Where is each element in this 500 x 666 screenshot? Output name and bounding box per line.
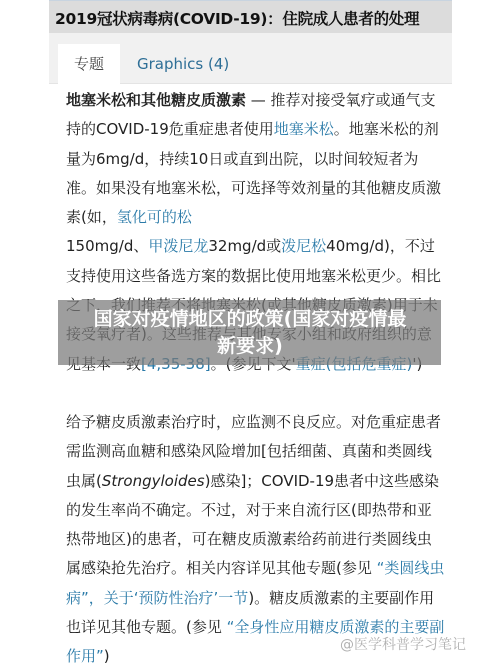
link-hydrocortisone[interactable]: 氢化可的松 — [117, 208, 192, 226]
link-prednisone[interactable]: 泼尼松 — [281, 237, 326, 255]
body-text: 150mg/d、 — [66, 237, 148, 255]
caption-line-1: 国家对疫情地区的政策(国家对疫情最 — [0, 306, 500, 333]
body-text: 32mg/d或 — [208, 237, 281, 255]
article-body: 地塞米松和其他糖皮质激素 — 推荐对接受氧疗或通气支持的COVID-19危重症患… — [66, 86, 446, 666]
caption-overlay-text: 国家对疫情地区的政策(国家对疫情最 新要求) — [0, 300, 500, 360]
watermark: @医学科普学习笔记 — [340, 634, 466, 654]
tab-graphics[interactable]: Graphics (4) — [137, 44, 229, 84]
page-title: 2019冠状病毒病(COVID-19)：住院成人患者的处理 — [55, 7, 419, 29]
tab-strip: 专题 Graphics (4) — [49, 33, 452, 84]
tab-topic[interactable]: 专题 — [58, 44, 120, 84]
paragraph-monitoring: 给予糖皮质激素治疗时，应监测不良反应。对危重症患者需监测高血糖和感染风险增加[包… — [66, 408, 446, 666]
species-name: Strongyloides — [102, 472, 205, 490]
link-dexamethasone[interactable]: 地塞米松 — [274, 120, 334, 138]
section-lead: 地塞米松和其他糖皮质激素 — [66, 91, 246, 109]
title-bar: 2019冠状病毒病(COVID-19)：住院成人患者的处理 — [49, 0, 452, 33]
caption-line-2: 新要求) — [0, 333, 500, 360]
link-methylprednisolone[interactable]: 甲泼尼龙 — [148, 237, 208, 255]
body-text: ) — [104, 647, 110, 665]
